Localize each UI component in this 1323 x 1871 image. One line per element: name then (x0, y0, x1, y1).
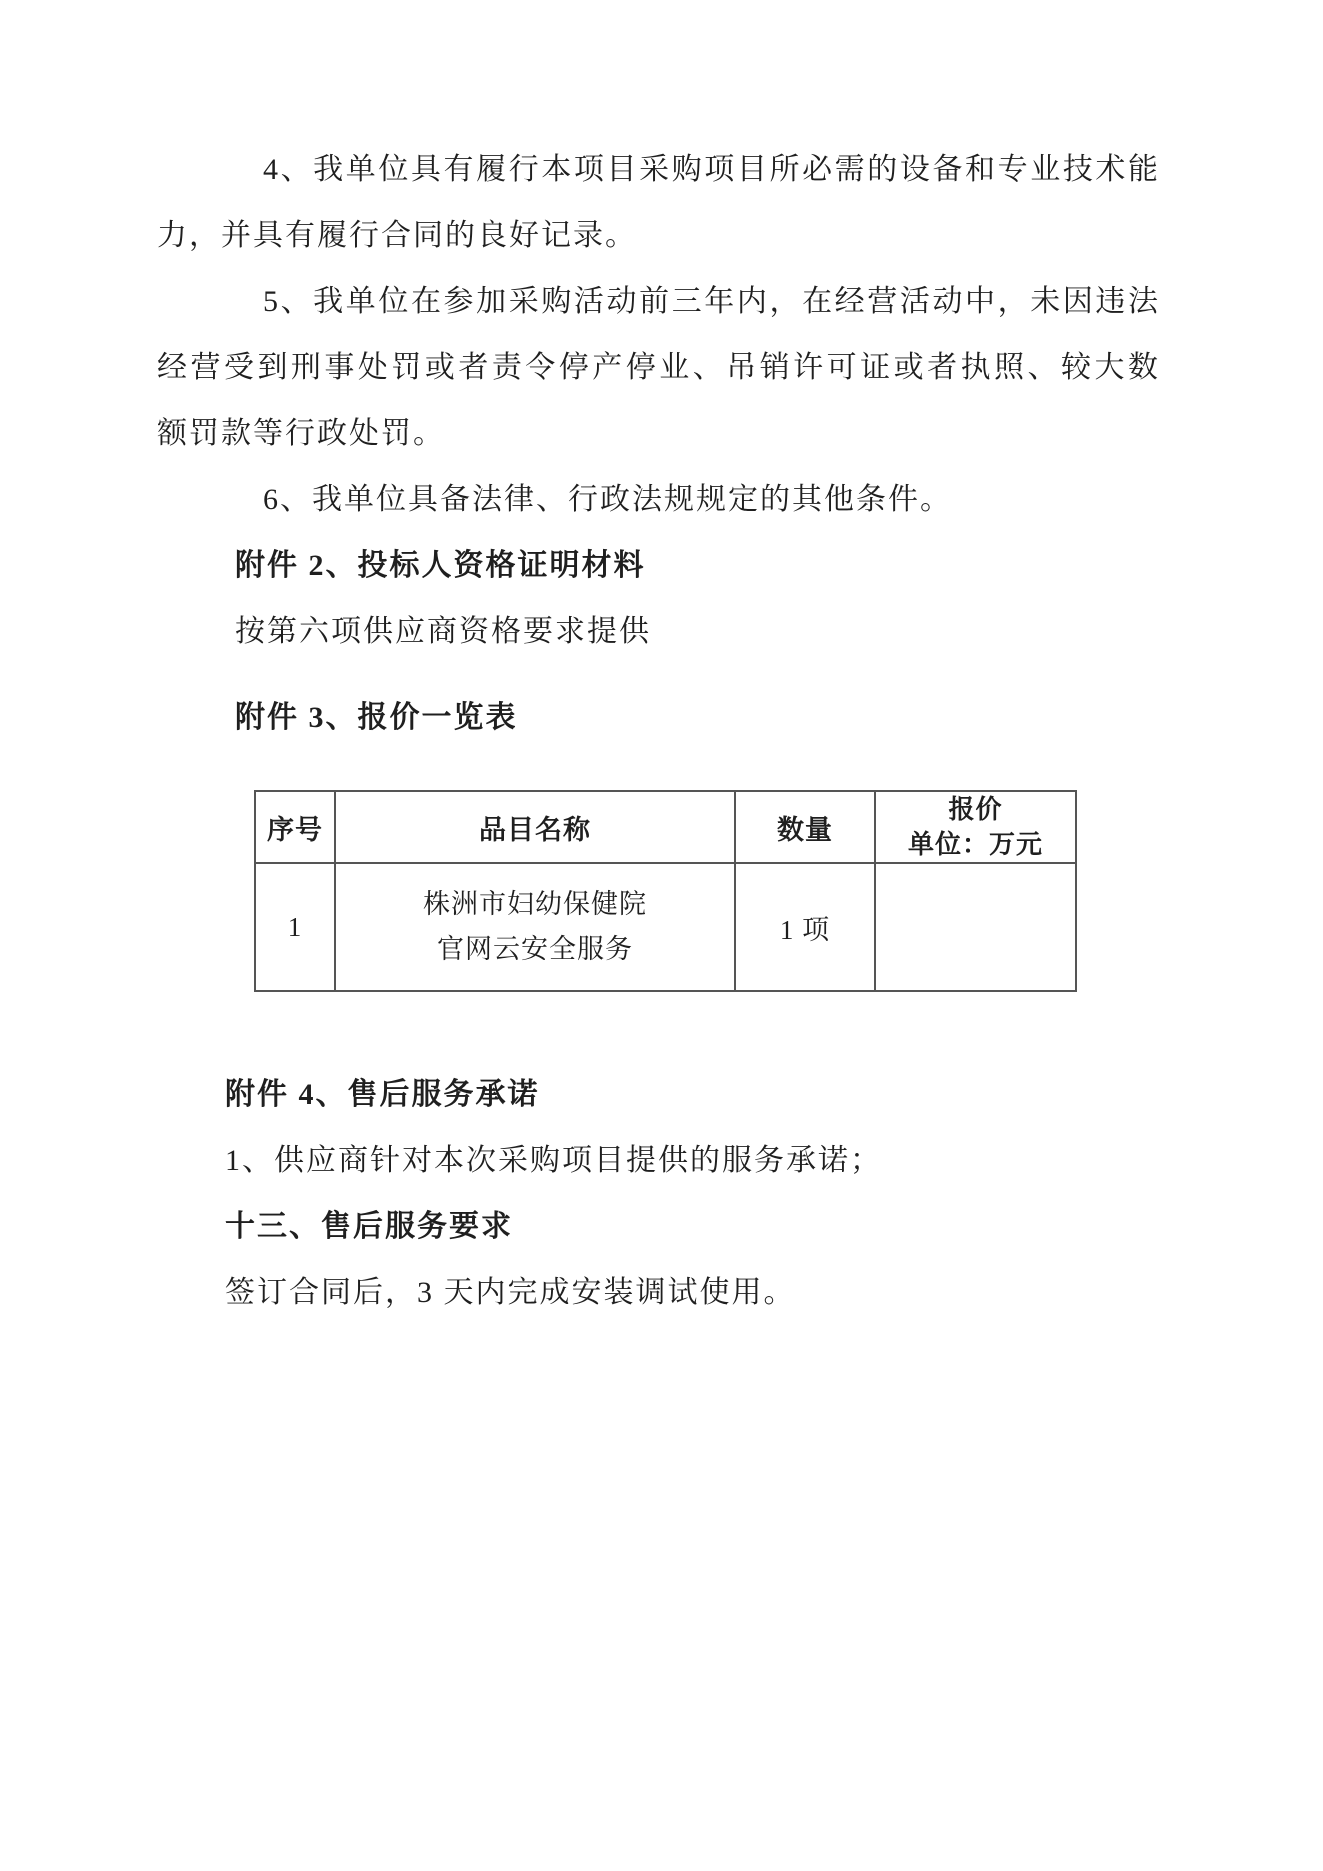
paragraph-4-line-1: 4、我单位具有履行本项目采购项目所必需的设备和专业技术能 (157, 137, 1160, 203)
section-13-body: 签订合同后，3 天内完成安装调试使用。 (157, 1260, 1160, 1326)
paragraph-6: 6、我单位具备法律、行政法规规定的其他条件。 (157, 467, 1160, 533)
column-header-price-line-1: 报价 (876, 792, 1075, 827)
paragraph-5-line-2: 经营受到刑事处罚或者责令停产停业、吊销许可证或者执照、较大数 (157, 335, 1160, 401)
quotation-table: 序号 品目名称 数量 报价 单位：万元 1 株洲市妇幼保健院 官网云安全服务 1… (254, 790, 1077, 992)
cell-item-name-line-2: 官网云安全服务 (336, 927, 734, 972)
attachment-2-heading: 附件 2、投标人资格证明材料 (157, 533, 1160, 599)
cell-item-name: 株洲市妇幼保健院 官网云安全服务 (335, 863, 735, 991)
attachment-4-heading: 附件 4、售后服务承诺 (157, 1062, 1160, 1128)
column-header-quantity: 数量 (735, 791, 875, 863)
quotation-table-header-row: 序号 品目名称 数量 报价 单位：万元 (255, 791, 1076, 863)
cell-item-name-line-1: 株洲市妇幼保健院 (336, 882, 734, 927)
paragraph-5-line-3: 额罚款等行政处罚。 (157, 401, 1160, 467)
column-header-price: 报价 单位：万元 (875, 791, 1076, 863)
attachment-4-item-1: 1、供应商针对本次采购项目提供的服务承诺； (157, 1128, 1160, 1194)
section-13-heading: 十三、售后服务要求 (157, 1194, 1160, 1260)
document-page: 4、我单位具有履行本项目采购项目所必需的设备和专业技术能 力，并具有履行合同的良… (0, 0, 1323, 1871)
column-header-index: 序号 (255, 791, 335, 863)
column-header-price-line-2: 单位：万元 (876, 827, 1075, 862)
table-row: 1 株洲市妇幼保健院 官网云安全服务 1 项 (255, 863, 1076, 991)
paragraph-5-line-1: 5、我单位在参加采购活动前三年内，在经营活动中，未因违法 (157, 269, 1160, 335)
cell-price-empty (875, 863, 1076, 991)
attachment-3-heading: 附件 3、报价一览表 (157, 685, 1160, 751)
cell-index: 1 (255, 863, 335, 991)
column-header-item-name: 品目名称 (335, 791, 735, 863)
attachment-2-body: 按第六项供应商资格要求提供 (157, 599, 1160, 665)
paragraph-4-line-2: 力，并具有履行合同的良好记录。 (157, 203, 1160, 269)
cell-quantity: 1 项 (735, 863, 875, 991)
